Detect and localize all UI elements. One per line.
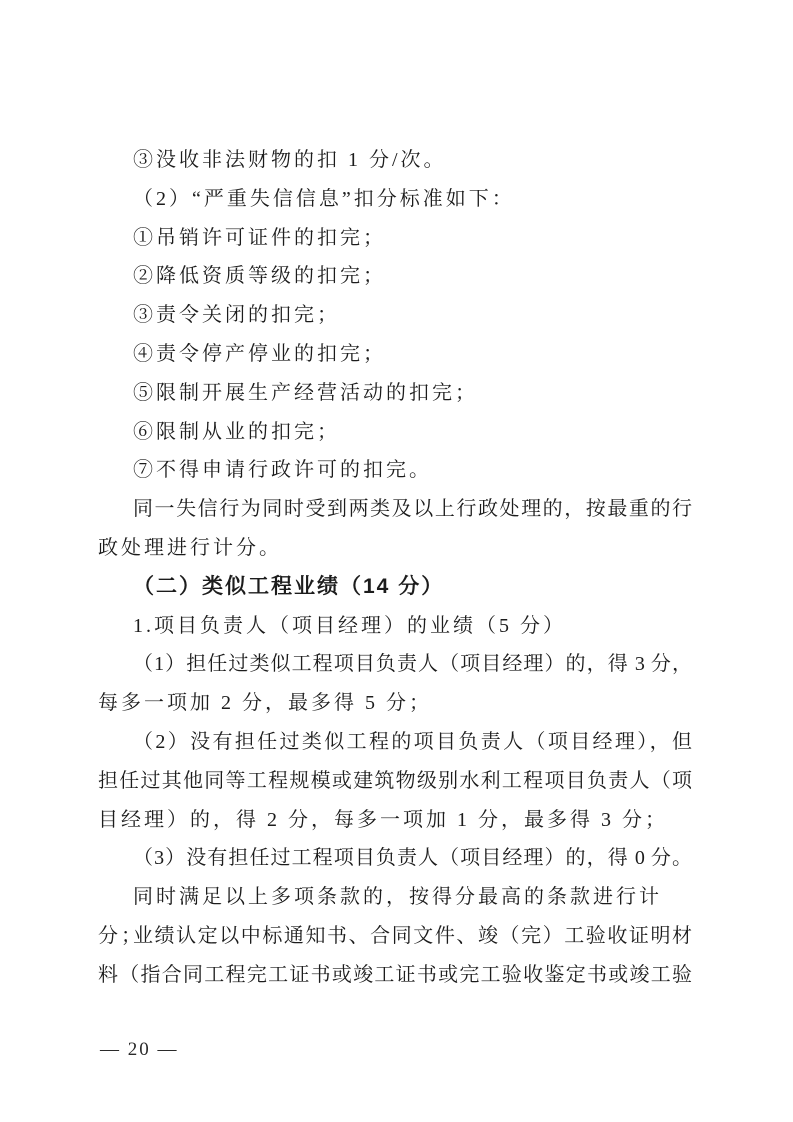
- text-line: 政处理进行计分。: [98, 529, 692, 568]
- text-line: ①吊销许可证件的扣完；: [98, 219, 692, 258]
- section-heading: （二）类似工程业绩（14 分）: [98, 568, 692, 607]
- text-line: ③责令关闭的扣完；: [98, 296, 692, 335]
- text-line: 料（指合同工程完工证书或竣工证书或完工验收鉴定书或竣工验: [98, 956, 692, 995]
- text-line: （2）没有担任过类似工程的项目负责人（项目经理），但: [98, 723, 692, 762]
- text-line: ⑤限制开展生产经营活动的扣完；: [98, 374, 692, 413]
- text-line: 业绩认定以中标通知书、合同文件、竣（完）工验收证明材: [98, 917, 692, 956]
- page-number: — 20 —: [100, 1038, 179, 1062]
- text-line: ⑥限制从业的扣完；: [98, 413, 692, 452]
- text-line: （3）没有担任过工程项目负责人（项目经理）的，得 0 分。: [98, 839, 692, 878]
- text-line: （1）担任过类似工程项目负责人（项目经理）的，得 3 分，: [98, 645, 692, 684]
- text-line: 同一失信行为同时受到两类及以上行政处理的，按最重的行: [98, 490, 692, 529]
- text-line: （2）“严重失信信息”扣分标准如下：: [98, 180, 692, 219]
- text-line: 1.项目负责人（项目经理）的业绩（5 分）: [98, 607, 692, 646]
- text-line: 每多一项加 2 分，最多得 5 分；: [98, 684, 692, 723]
- text-line: 同时满足以上多项条款的，按得分最高的条款进行计分；: [98, 878, 692, 917]
- text-line: ⑦不得申请行政许可的扣完。: [98, 451, 692, 490]
- text-body: ③没收非法财物的扣 1 分/次。 （2）“严重失信信息”扣分标准如下： ①吊销许…: [98, 141, 692, 995]
- text-line: 担任过其他同等工程规模或建筑物级别水利工程项目负责人（项: [98, 762, 692, 801]
- text-line: ③没收非法财物的扣 1 分/次。: [98, 141, 692, 180]
- text-line: ②降低资质等级的扣完；: [98, 257, 692, 296]
- document-page: ③没收非法财物的扣 1 分/次。 （2）“严重失信信息”扣分标准如下： ①吊销许…: [0, 0, 793, 1122]
- text-line: ④责令停产停业的扣完；: [98, 335, 692, 374]
- text-line: 目经理）的，得 2 分，每多一项加 1 分，最多得 3 分；: [98, 801, 692, 840]
